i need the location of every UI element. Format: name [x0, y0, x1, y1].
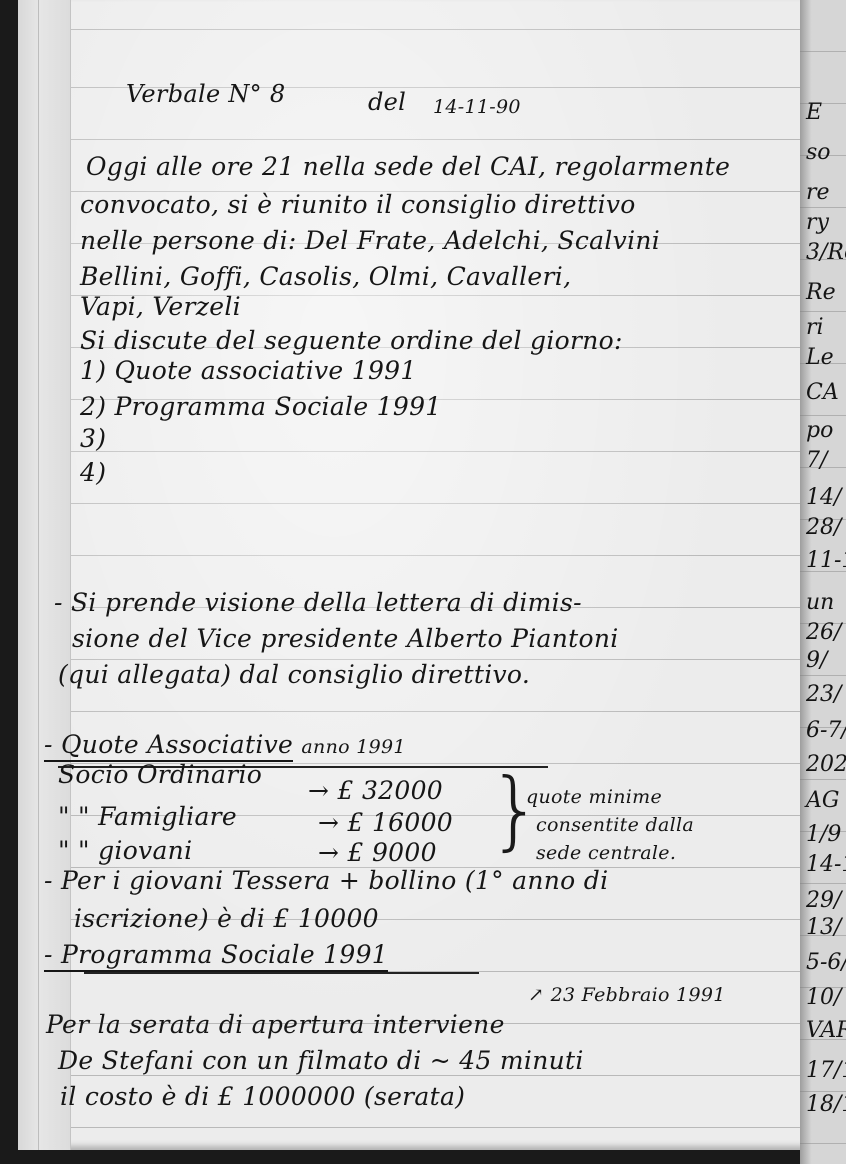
intro-line: Vapi, Verzeli [80, 292, 241, 321]
margin-note: 26/ [806, 620, 841, 645]
margin-note: po [806, 418, 833, 443]
youth-line: iscrizione) è di £ 10000 [74, 904, 379, 933]
date-label: del [368, 88, 406, 116]
fee-row-ordinario: Socio Ordinario [58, 760, 262, 789]
margin-note: CA [806, 380, 839, 405]
program-heading: - Programma Sociale 1991 [44, 940, 388, 969]
meeting-date: 14-11-90 [433, 96, 521, 118]
margin-note: 7/ [806, 448, 827, 473]
margin-note: 202 [806, 752, 846, 777]
margin-note: 10/ [806, 985, 841, 1010]
margin-note: un [806, 590, 834, 615]
margin-note: VARI [806, 1018, 846, 1043]
margin-note: 14-15/ [806, 852, 846, 877]
resignation-line: - Si prende visione della lettera di dim… [54, 588, 582, 617]
intro-line: Bellini, Goffi, Casolis, Olmi, Cavalleri… [80, 262, 571, 291]
agenda-item: 3) [80, 424, 106, 453]
agenda-item: 4) [80, 458, 106, 487]
margin-note: E [806, 100, 822, 125]
program-line: De Stefani con un filmato di ~ 45 minuti [58, 1046, 584, 1075]
margin-note: 3/Re [806, 240, 846, 265]
brace-note: quote minime [526, 786, 662, 808]
resignation-line: (qui allegata) dal consiglio direttivo. [58, 660, 530, 689]
margin-note: 1/9 [806, 822, 841, 847]
margin-note: ry [806, 210, 829, 235]
margin-note: 17/1 [806, 1058, 846, 1083]
margin-note: 6-7/ [806, 718, 846, 743]
minutes-title: Verbale N° 8 [126, 80, 285, 108]
margin-note: Re [806, 280, 836, 305]
page-margin [18, 0, 71, 1150]
brace-note: consentite dalla [536, 814, 694, 836]
adjacent-page-edge: Esorery3/ReReriLeCApo7/14/28/11-1un26/9/… [800, 0, 846, 1164]
margin-note: AG [806, 788, 839, 813]
brace-mark: } [488, 760, 543, 860]
margin-note: 13/ [806, 915, 841, 940]
margin-note: re [806, 180, 830, 205]
fees-heading: - Quote Associative anno 1991 [44, 730, 406, 759]
margin-note: 9/ [806, 648, 827, 673]
heading-underline [84, 972, 479, 974]
program-line: Per la serata di apertura interviene [46, 1010, 505, 1039]
fee-amount: → £ 32000 [308, 776, 443, 805]
fee-amount: → £ 16000 [318, 808, 453, 837]
intro-line: Oggi alle ore 21 nella sede del CAI, reg… [86, 152, 730, 181]
margin-note: Le [806, 345, 834, 370]
fee-row-giovani: " " giovani [58, 836, 192, 865]
margin-note: so [806, 140, 831, 165]
margin-note: 5-6/ [806, 950, 846, 975]
margin-note: ri [806, 315, 824, 340]
notebook-page: Verbale N° 8 del 14-11-90 Oggi alle ore … [18, 0, 808, 1150]
agenda-item: 1) Quote associative 1991 [80, 356, 417, 385]
fee-amount: → £ 9000 [318, 838, 437, 867]
margin-note: 28/ [806, 515, 841, 540]
margin-note: 23/ [806, 682, 841, 707]
agenda-intro: Si discute del seguente ordine del giorn… [80, 326, 623, 355]
margin-note: 14/ [806, 485, 841, 510]
margin-note: 18/11 [806, 1092, 846, 1117]
intro-line: nelle persone di: Del Frate, Adelchi, Sc… [80, 226, 660, 255]
fee-row-famigliare: " " Famigliare [58, 802, 237, 831]
youth-line: - Per i giovani Tessera + bollino (1° an… [44, 866, 608, 895]
program-line: il costo è di £ 1000000 (serata) [60, 1082, 465, 1111]
date-annotation: ↗ 23 Febbraio 1991 [528, 984, 726, 1006]
intro-line: convocato, si è riunito il consiglio dir… [80, 190, 636, 219]
margin-note: 11-1 [806, 548, 846, 573]
resignation-line: sione del Vice presidente Alberto Pianto… [72, 624, 619, 653]
brace-note: sede centrale. [536, 842, 676, 864]
agenda-item: 2) Programma Sociale 1991 [80, 392, 442, 421]
margin-note: 29/ [806, 888, 841, 913]
